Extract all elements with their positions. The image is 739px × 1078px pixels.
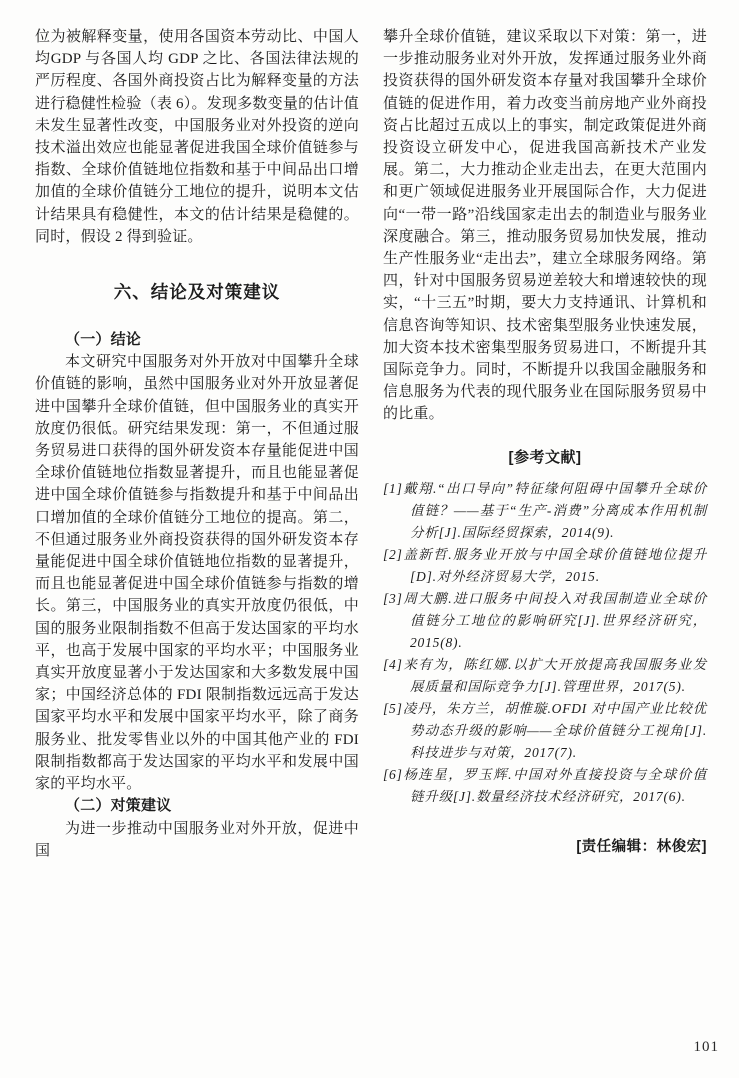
- editor-note: [责任编辑：林俊宏]: [383, 835, 707, 856]
- policy-continuation-paragraph: 攀升全球价值链，建议采取以下对策：第一，进一步推动服务业对外开放，发挥通过服务业…: [383, 26, 707, 426]
- section-heading: 六、结论及对策建议: [35, 279, 359, 304]
- references-heading: [参考文献]: [383, 446, 707, 467]
- reference-item: [3]周大鹏.进口服务中间投入对我国制造业全球价值链分工地位的影响研究[J].世…: [383, 588, 707, 654]
- left-column: 位为被解释变量，使用各国资本劳动比、中国人均GDP 与各国人均 GDP 之比、各…: [35, 26, 359, 862]
- two-column-layout: 位为被解释变量，使用各国资本劳动比、中国人均GDP 与各国人均 GDP 之比、各…: [35, 26, 708, 862]
- robustness-paragraph: 位为被解释变量，使用各国资本劳动比、中国人均GDP 与各国人均 GDP 之比、各…: [35, 26, 359, 248]
- reference-item: [6]杨连星，罗玉辉.中国对外直接投资与全球价值链升级[J].数量经济技术经济研…: [383, 764, 707, 808]
- subsection-conclusion-heading: （一）结论: [35, 329, 359, 351]
- reference-item: [4]来有为，陈红娜.以扩大开放提高我国服务业发展质量和国际竞争力[J].管理世…: [383, 654, 707, 698]
- reference-item: [1]戴翔.“出口导向”特征缘何阻碍中国攀升全球价值链？——基于“生产-消费”分…: [383, 478, 707, 544]
- conclusion-paragraph: 本文研究中国服务对外开放对中国攀升全球价值链的影响，虽然中国服务业对外开放显著促…: [35, 351, 359, 795]
- subsection-policy-heading: （二）对策建议: [35, 795, 359, 817]
- policy-intro-paragraph: 为进一步推动中国服务业对外开放，促进中国: [35, 818, 359, 862]
- reference-item: [5]凌丹，朱方兰，胡惟璇.OFDI 对中国产业比较优势动态升级的影响——全球价…: [383, 698, 707, 764]
- journal-page: 位为被解释变量，使用各国资本劳动比、中国人均GDP 与各国人均 GDP 之比、各…: [0, 0, 739, 1078]
- page-number: 101: [694, 1039, 720, 1056]
- right-column: 攀升全球价值链，建议采取以下对策：第一，进一步推动服务业对外开放，发挥通过服务业…: [383, 26, 707, 862]
- references-list: [1]戴翔.“出口导向”特征缘何阻碍中国攀升全球价值链？——基于“生产-消费”分…: [383, 478, 707, 808]
- reference-item: [2]盖新哲.服务业开放与中国全球价值链地位提升[D].对外经济贸易大学，201…: [383, 544, 707, 588]
